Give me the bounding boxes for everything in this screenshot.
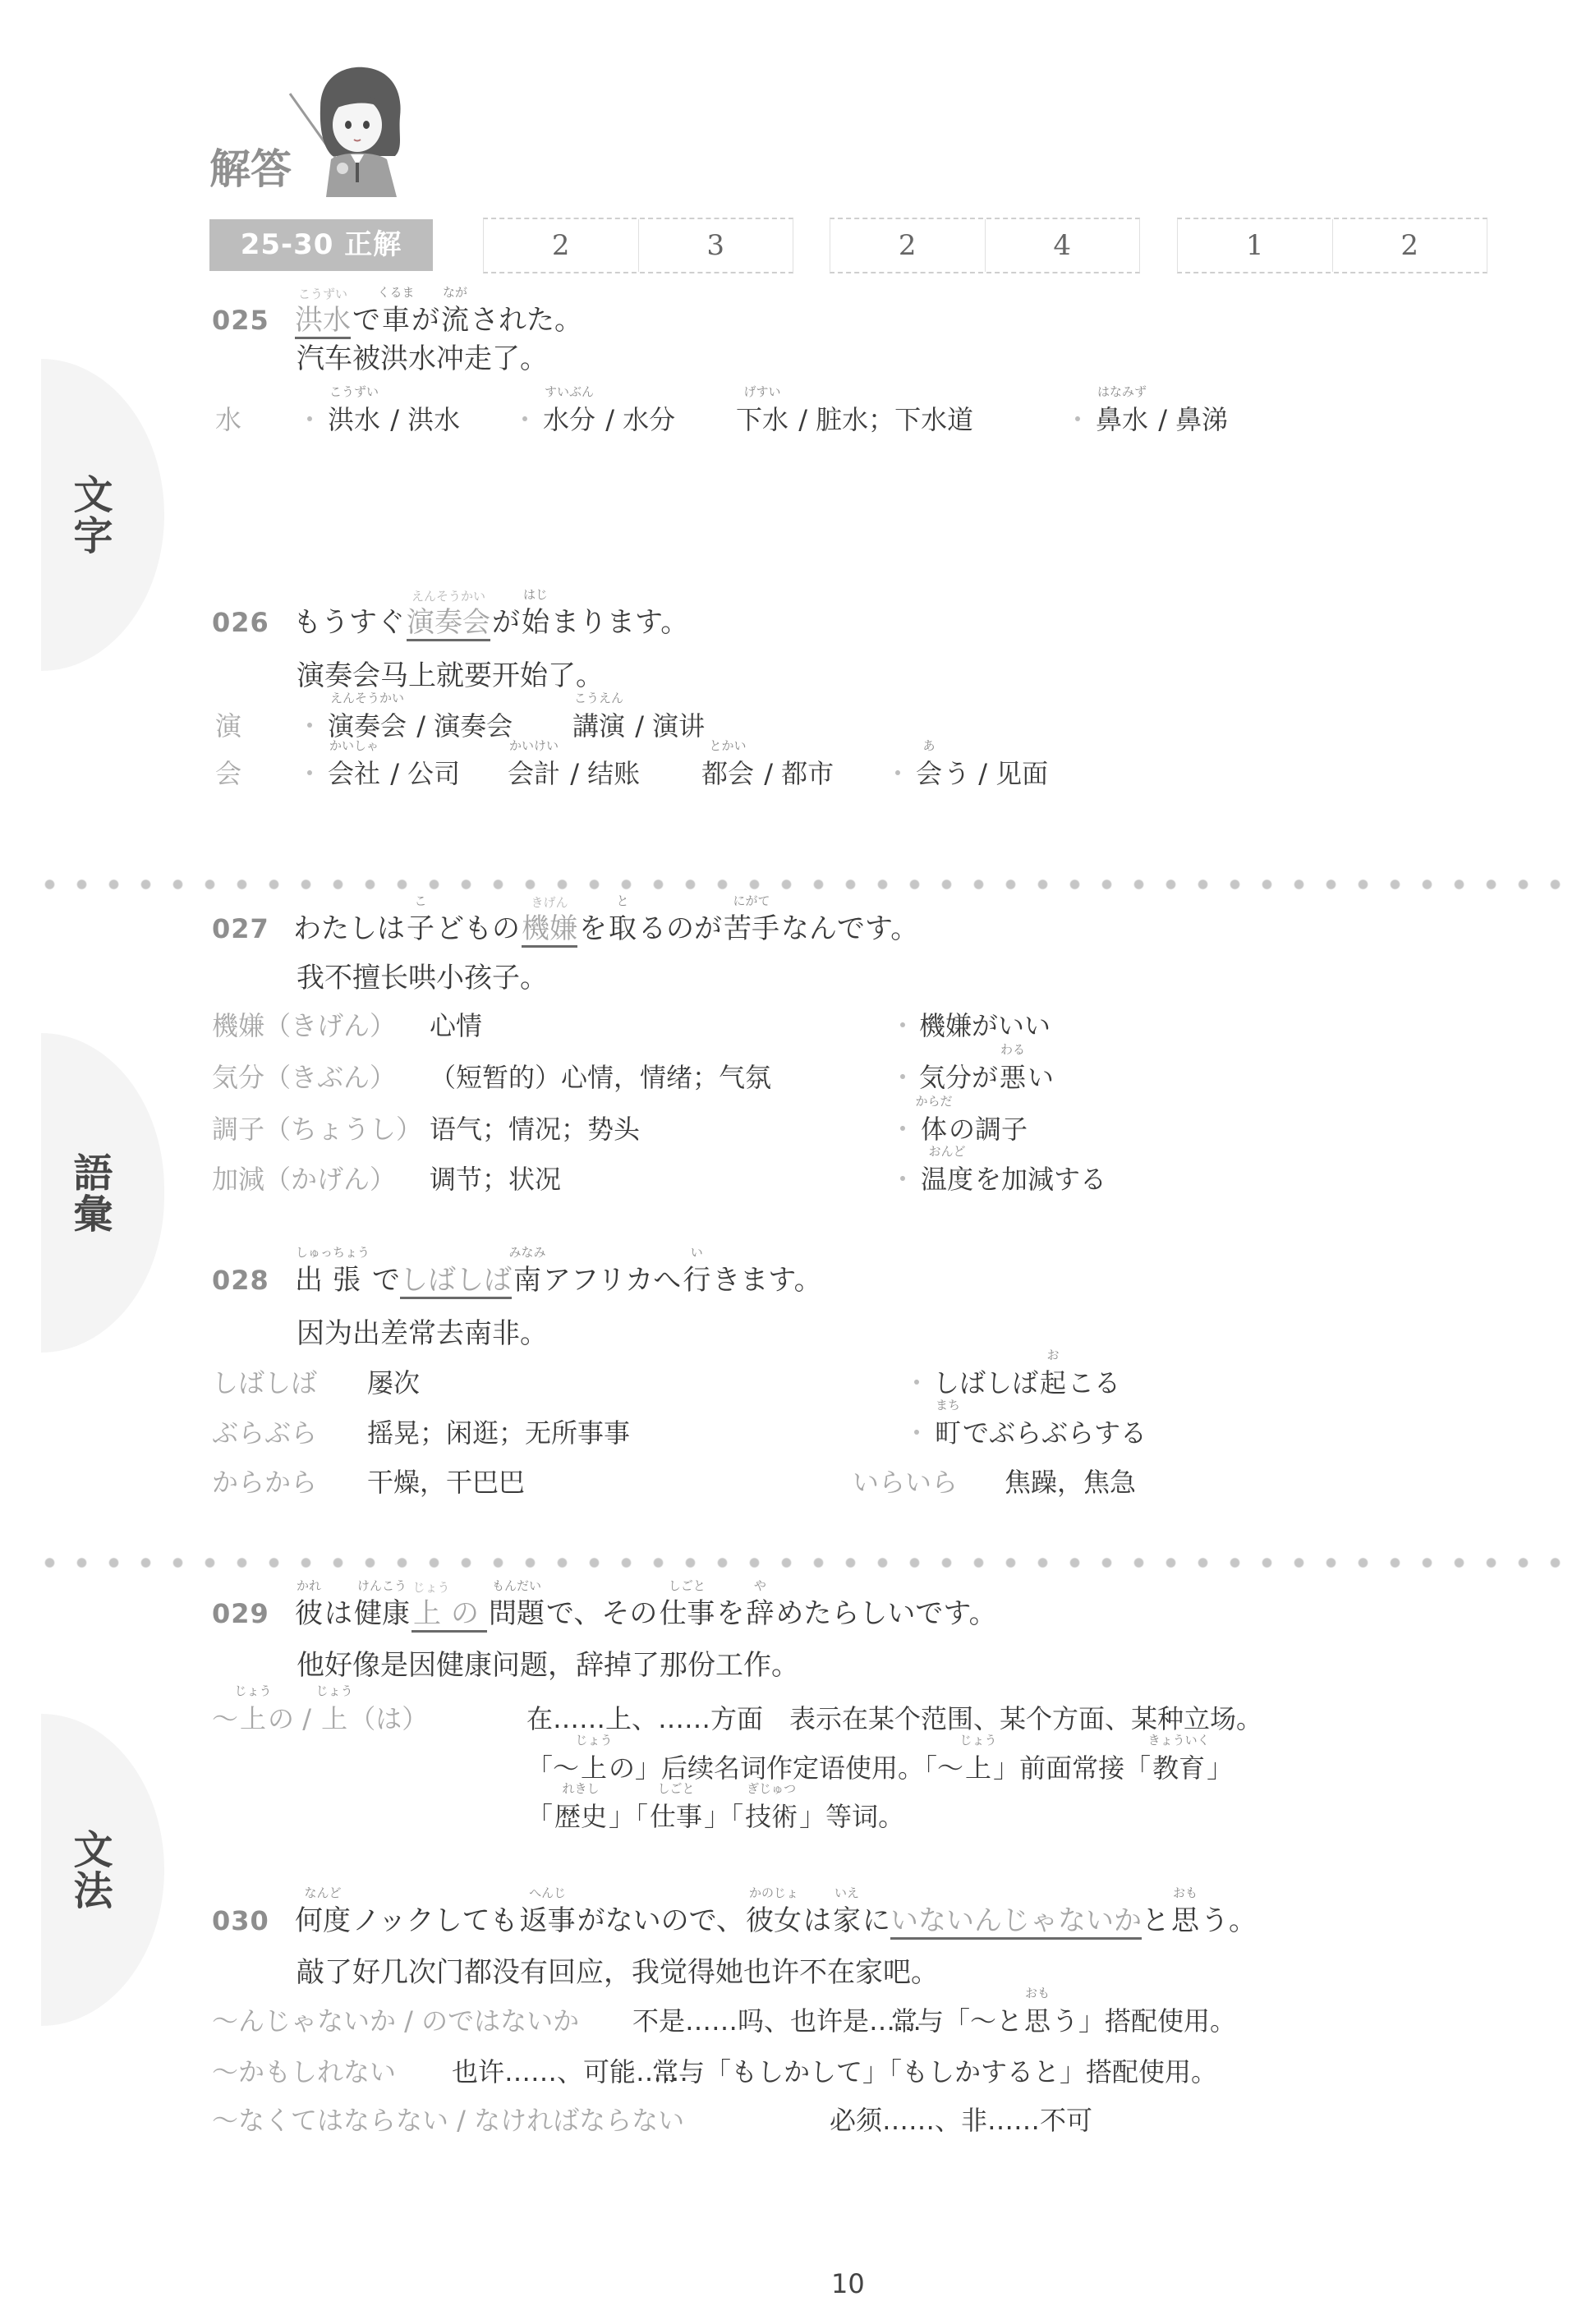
ruby-word: 体からだ [921, 1111, 947, 1147]
note-meaning: / 水分 [597, 404, 675, 435]
vocab-row: ぶらぶら 摇晃；闲逛；无所事事 ・町まちでぶらぶらする [0, 1415, 1577, 1451]
ruby-word: 上じょう [965, 1750, 991, 1786]
ruby-base: 取 [609, 912, 637, 945]
example-text: しばしば [933, 1367, 1038, 1399]
sentence-text: は [803, 1904, 831, 1937]
ruby-base: 講演 [572, 710, 625, 742]
vocab-example: ・気分が悪わるい [890, 1059, 1054, 1095]
vocab-meaning: 屡次 [367, 1365, 420, 1401]
furigana: みなみ [508, 1247, 545, 1259]
bullet-icon: ・ [903, 1367, 930, 1399]
furigana: とかい [709, 740, 746, 752]
note-item: 下水げすい / 脏水；下水道 [731, 402, 973, 438]
grammar-label: 〜上じょうの / 上じょう（は） [212, 1701, 428, 1737]
grammar-meaning: 必须……、非……不可 [830, 2102, 1092, 2138]
ruby-word: 会あ [916, 756, 942, 792]
ruby-base: 起 [1040, 1367, 1066, 1399]
grammar-text: 」「 [609, 1801, 648, 1832]
answer-group-3: 1 2 [1177, 218, 1487, 273]
dotted-divider [34, 1557, 1577, 1568]
vocab-meaning: 焦躁，焦急 [1005, 1464, 1136, 1500]
furigana: こうえん [574, 692, 623, 705]
ruby-word: 始はじ [522, 604, 549, 641]
ruby-word: 仕事しごと [659, 1596, 715, 1632]
ruby-base: 町 [935, 1417, 961, 1449]
hand [337, 163, 348, 174]
grammar-text: の」后续名词作定语使用。「〜 [609, 1752, 963, 1784]
ruby-word: 町まち [935, 1415, 961, 1451]
vocab-example: ・町まちでぶらぶらする [903, 1415, 1147, 1451]
example-text: を加減する [975, 1164, 1106, 1195]
note-meaning: / 公司 [382, 758, 460, 789]
sentence-text: が [492, 606, 520, 639]
target-word: しばしば [400, 1264, 512, 1299]
ruby-word: 教育きょういく [1152, 1750, 1205, 1786]
question-number: 027 [212, 911, 269, 947]
furigana: しごと [658, 1783, 695, 1795]
note-item: 講演こうえん / 演讲 [568, 708, 705, 744]
ruby-word: 会社かいしゃ [328, 756, 380, 792]
answer-group-1: 2 3 [483, 218, 793, 273]
ruby-word: 下水げすい [736, 402, 788, 438]
body [326, 154, 397, 198]
note-meaning: / 鼻涕 [1150, 404, 1228, 435]
sentence-text: う。 [1201, 1904, 1257, 1937]
ruby-word: 上じょう [240, 1701, 266, 1737]
ruby-base: 教育 [1152, 1752, 1205, 1784]
translation: 演奏会马上就要开始了。 [297, 658, 604, 694]
furigana: はなみず [1097, 386, 1147, 398]
furigana: からだ [916, 1095, 953, 1108]
furigana: まち [936, 1399, 960, 1412]
note-item: ・水分すいぶん / 水分 [512, 402, 675, 438]
target-word: 演奏会えんそうかい [407, 606, 490, 641]
sentence-text: と [1142, 1904, 1170, 1937]
furigana: しゅっちょう [296, 1247, 370, 1259]
answer-cell: 2 [484, 219, 638, 272]
ruby-base: 上 [321, 1703, 347, 1734]
furigana: おんど [929, 1146, 966, 1158]
ruby-base: 都会 [701, 758, 754, 789]
ruby-base: 辞 [746, 1597, 774, 1630]
target-word: いないんじゃないか [890, 1904, 1142, 1940]
ruby-base: 始 [522, 606, 549, 639]
furigana: と [616, 895, 628, 907]
ruby-word: 水分すいぶん [543, 402, 595, 438]
answer-cell: 4 [985, 219, 1140, 272]
grammar-label-text: の / [268, 1703, 320, 1734]
grammar-text: 「〜 [526, 1752, 579, 1784]
vocab-row: しばしば 屡次 ・しばしば起おこる [0, 1365, 1577, 1401]
ruby-word: 南みなみ [513, 1262, 541, 1298]
ruby-word: 彼女かのじょ [746, 1903, 802, 1939]
sentence-text: ノックしても [352, 1904, 518, 1937]
ruby-word: 鼻水はなみず [1096, 402, 1148, 438]
note-meaning: / 演奏会 [408, 710, 513, 742]
sentence-text: された。 [471, 304, 582, 337]
note-meaning: / 脏水；下水道 [790, 404, 973, 435]
example-text: 機嫌がいい [919, 1010, 1051, 1041]
furigana: こうずい [329, 386, 379, 398]
ruby-base: 苦手 [724, 912, 779, 945]
grammar-row: 〜んじゃないか / のではないか 不是……吗、也许是…… 常与「〜と思おもう」搭… [0, 2003, 1577, 2039]
dotted-divider [34, 879, 1577, 890]
vocab-meaning: 调节；状况 [430, 1161, 561, 1197]
vocab-row: からから 干燥，干巴巴 いらいら 焦躁，焦急 [0, 1464, 1577, 1500]
ruby-base: 仕事 [659, 1597, 715, 1630]
vocab-row: 気分（きぶん） （短暂的）心情，情绪；气氛 ・気分が悪わるい [0, 1059, 1577, 1095]
translation: 我不擅长哄小孩子。 [297, 960, 548, 996]
sentence-text: に [862, 1904, 890, 1937]
ruby-word: 思おも [1171, 1903, 1199, 1939]
furigana: なが [443, 287, 467, 299]
translation: 他好像是因健康问题，辞掉了那份工作。 [297, 1647, 799, 1683]
kanji-label: 会 [215, 756, 241, 792]
sentence-text: で [352, 304, 380, 337]
furigana: かいけい [509, 740, 559, 752]
ruby-word: 起お [1040, 1365, 1066, 1401]
furigana: きげん [531, 897, 568, 909]
vocab-term: いらいら [853, 1464, 958, 1500]
furigana: げすい [743, 386, 780, 398]
ruby-base: 返事 [520, 1904, 576, 1937]
vocab-example: ・機嫌がいい [890, 1008, 1051, 1044]
vocab-term: 加減（かげん） [212, 1161, 396, 1197]
ruby-base: 演奏会 [407, 606, 490, 639]
ruby-base: 水分 [543, 404, 595, 435]
bullet-icon: ・ [297, 404, 323, 435]
kanji-label: 演 [215, 708, 241, 744]
side-tab-label: 文法 [69, 1829, 110, 1911]
furigana: えんそうかい [411, 590, 485, 603]
ruby-word: 流なが [441, 302, 469, 338]
ruby-base: 流 [441, 304, 469, 337]
grammar-text: 」前面常接「 [993, 1752, 1151, 1784]
ruby-base: 会計 [508, 758, 560, 789]
furigana: じょう [235, 1685, 272, 1697]
ruby-word: 洪水こうずい [328, 402, 380, 438]
ruby-word: 家いえ [833, 1903, 861, 1939]
ruby-base: 会 [916, 758, 942, 789]
furigana: かのじょ [749, 1887, 798, 1899]
usage-text: う」搭配使用。 [1052, 2005, 1236, 2037]
ruby-word: 返事へんじ [520, 1903, 576, 1939]
note-item: ・会社かいしゃ / 公司 [297, 756, 460, 792]
answer-cell: 1 [1178, 219, 1332, 272]
ruby-base: 体 [921, 1114, 947, 1145]
sentence-text: を [716, 1597, 744, 1630]
furigana: じょう [960, 1734, 997, 1747]
ruby-word: 出張しゅっちょう [295, 1262, 370, 1298]
question-sentence: 彼かれは健康けんこう上じょうの問題もんだいで、その仕事しごとを辞やめたらしいです… [293, 1596, 997, 1632]
grammar-explanation-line: 在……上、……方面 表示在某个范围、某个方面、某种立场。 [526, 1701, 1262, 1737]
grammar-label-text: 〜 [212, 1703, 238, 1734]
ruby-base: 彼女 [746, 1904, 802, 1937]
ruby-word: 取と [609, 911, 637, 947]
ruby-base: 出張 [295, 1264, 370, 1297]
ruby-word: 技術ぎじゅつ [745, 1798, 798, 1835]
answer-cell: 2 [830, 219, 985, 272]
example-text: 気分が [919, 1062, 998, 1093]
furigana: じょう [412, 1582, 449, 1594]
ruby-word: 講演こうえん [572, 708, 625, 744]
grammar-text: 」 [1207, 1752, 1233, 1784]
kanji-note-row: 会 ・会社かいしゃ / 公司 会計かいけい / 结账 都会とかい / 都市 ・会… [0, 756, 1577, 792]
ruby-word: 上じょう [413, 1597, 449, 1630]
question-sentence: 洪水こうずいで車くるまが流ながされた。 [293, 302, 582, 338]
grammar-meaning: 不是……吗、也许是…… [632, 2003, 922, 2039]
vocab-meaning: 干燥，干巴巴 [367, 1464, 525, 1500]
grammar-term: 〜んじゃないか / のではないか [212, 2003, 579, 2039]
question-sentence: もうすぐ演奏会えんそうかいが始はじまります。 [293, 604, 688, 641]
example-text: でぶらぶらする [963, 1417, 1147, 1449]
sentence-text: めたらしいです。 [775, 1597, 996, 1630]
question-sentence: わたしは子こどもの機嫌きげんを取とるのが苦手にがてなんです。 [293, 911, 918, 947]
ruby-base: 歴史 [554, 1801, 607, 1832]
furigana: かれ [297, 1580, 321, 1592]
question-number: 028 [212, 1262, 269, 1298]
sentence-text: もうすぐ [293, 606, 405, 639]
furigana: い [691, 1247, 703, 1259]
ruby-base: 車 [382, 304, 410, 337]
ruby-word: 辞や [746, 1596, 774, 1632]
note-item: 会計かいけい / 结账 [503, 756, 640, 792]
furigana: はじ [523, 589, 548, 601]
ruby-base: 技術 [745, 1801, 798, 1832]
sentence-text: きます。 [712, 1264, 821, 1297]
translation: 敲了好几次门都没有回应，我觉得她也许不在家吧。 [297, 1954, 939, 1991]
furigana: えんそうかい [330, 692, 404, 705]
furigana: もんだい [492, 1580, 541, 1592]
vocab-row: 調子（ちょうし） 语气；情况；势头 ・体からだの調子 [0, 1111, 1577, 1147]
question-number: 029 [212, 1596, 269, 1632]
note-meaning: / 结账 [562, 758, 640, 789]
note-item: ・会あう / 见面 [885, 756, 1048, 792]
furigana: あ [923, 740, 936, 752]
furigana: こ [414, 895, 426, 907]
furigana: へんじ [529, 1887, 566, 1899]
ruby-word: 苦手にがて [724, 911, 779, 947]
note-meaning: / 都市 [756, 758, 834, 789]
grammar-usage: 常与「〜と思おもう」搭配使用。 [891, 2003, 1236, 2039]
note-meaning: / 演讲 [627, 710, 705, 742]
ruby-word: 車くるま [382, 302, 410, 338]
furigana: にがて [733, 895, 770, 907]
furigana: じょう [576, 1734, 613, 1747]
grammar-text: 在……上、……方面 表示在某个范围、某个方面、某种立场。 [526, 1703, 1262, 1734]
ruby-base: 南 [513, 1264, 541, 1297]
furigana: かいしゃ [329, 740, 379, 752]
ruby-word: 会計かいけい [508, 756, 560, 792]
vocab-term: 機嫌（きげん） [212, 1008, 396, 1044]
sentence-text: アフリカへ [543, 1264, 681, 1297]
ruby-base: 思 [1171, 1904, 1199, 1937]
furigana: ぎじゅつ [747, 1783, 796, 1795]
furigana: いえ [834, 1887, 859, 1899]
ruby-word: 温度おんど [921, 1161, 973, 1197]
ruby-word: 子こ [407, 911, 434, 947]
ruby-base: 悪 [1000, 1062, 1026, 1093]
bullet-icon: ・ [890, 1010, 916, 1041]
ruby-base: 子 [407, 912, 434, 945]
sentence-text: の [451, 1597, 487, 1630]
translation: 因为出差常去南非。 [297, 1316, 548, 1352]
vocab-term: からから [212, 1464, 317, 1500]
bullet-icon: ・ [885, 758, 911, 789]
grammar-text: 」「 [704, 1801, 743, 1832]
ruby-base: 行 [683, 1264, 710, 1297]
page-title: 解答 [209, 136, 292, 195]
sentence-text: で、その [546, 1597, 657, 1630]
side-tab-bunpo: 文法 [41, 1714, 164, 2026]
ruby-base: 彼 [295, 1597, 323, 1630]
furigana: けんこう [357, 1580, 407, 1592]
bullet-icon: ・ [890, 1164, 916, 1195]
sentence-text: どもの [436, 912, 520, 945]
furigana: れきし [563, 1783, 600, 1795]
grammar-explanation-line: 「歴史れきし」「仕事しごと」「技術ぎじゅつ」等词。 [526, 1798, 904, 1835]
sentence-text: が [411, 304, 439, 337]
kanji-note-row: 演 ・演奏会えんそうかい / 演奏会 講演こうえん / 演讲 [0, 708, 1577, 744]
bullet-icon: ・ [890, 1062, 916, 1093]
ruby-word: 問題もんだい [489, 1596, 545, 1632]
note-item: ・洪水こうずい / 洪水 [297, 402, 460, 438]
furigana: きょういく [1148, 1734, 1210, 1747]
ruby-word: 彼かれ [295, 1596, 323, 1632]
question-number: 026 [212, 604, 269, 641]
question-number: 025 [212, 302, 269, 338]
target-word: 上じょうの [411, 1597, 487, 1633]
furigana: や [754, 1580, 766, 1592]
note-meaning: / 洪水 [382, 404, 460, 435]
note-item: 都会とかい / 都市 [697, 756, 834, 792]
side-tab-label: 文字 [69, 474, 110, 556]
furigana: おも [1025, 1987, 1050, 2000]
vocab-example: ・温度おんどを加減する [890, 1161, 1106, 1197]
grammar-explanation-line: 「〜上じょうの」后续名词作定语使用。「〜上じょう」前面常接「教育きょういく」 [526, 1750, 1233, 1786]
sentence-text: まります。 [551, 606, 688, 639]
bullet-icon: ・ [297, 758, 323, 789]
grammar-term: 〜かもしれない [212, 2054, 396, 2090]
ruby-base: 上 [413, 1597, 449, 1630]
ruby-base: 下水 [736, 404, 788, 435]
ruby-base: 仕事 [650, 1801, 702, 1832]
answer-cell: 2 [1332, 219, 1487, 272]
kanji-note-row: 水 ・洪水こうずい / 洪水 ・水分すいぶん / 水分 下水げすい / 脏水；下… [0, 402, 1577, 438]
vocab-meaning: 摇晃；闲逛；无所事事 [367, 1415, 630, 1451]
vocab-example: ・体からだの調子 [890, 1111, 1028, 1147]
ruby-base: 洪水 [328, 404, 380, 435]
vocab-term: ぶらぶら [212, 1415, 317, 1451]
bullet-icon: ・ [297, 710, 323, 742]
ruby-base: 上 [581, 1752, 607, 1784]
grammar-row: 〜かもしれない 也许……、可能…… 常与「もしかして」「もしかすると」搭配使用。 [0, 2054, 1577, 2090]
grammar-row: 〜なくてはならない / なければならない 必须……、非……不可 [0, 2102, 1577, 2138]
vocab-term: 調子（ちょうし） [212, 1111, 422, 1147]
answer-cell: 3 [638, 219, 793, 272]
answer-group-2: 2 4 [830, 218, 1140, 273]
ruby-base: 思 [1024, 2005, 1051, 2037]
ruby-base: 健康 [354, 1597, 410, 1630]
note-item: ・鼻水はなみず / 鼻涕 [1064, 402, 1228, 438]
ruby-base: 会社 [328, 758, 380, 789]
example-text: の調子 [949, 1114, 1028, 1145]
vocab-meaning: （短暂的）心情，情绪；气氛 [430, 1059, 771, 1095]
ruby-base: 何度 [295, 1904, 351, 1937]
note-meaning: う / 见面 [944, 758, 1048, 789]
vocab-row: 機嫌（きげん） 心情 ・機嫌がいい [0, 1008, 1577, 1044]
ruby-base: 家 [833, 1904, 861, 1937]
ruby-base: 鼻水 [1096, 404, 1148, 435]
sentence-text: は [324, 1597, 352, 1630]
sentence-text: で [372, 1264, 400, 1297]
vocab-meaning: 语气；情况；势头 [430, 1111, 640, 1147]
ruby-word: 上じょう [321, 1701, 347, 1737]
furigana: すいぶん [545, 386, 594, 398]
ruby-base: 問題 [489, 1597, 545, 1630]
grammar-text: 「 [526, 1801, 553, 1832]
ruby-base: 機嫌 [522, 912, 577, 945]
furigana: お [1047, 1349, 1060, 1362]
furigana: こうずい [298, 288, 347, 301]
kanji-label: 水 [215, 402, 241, 438]
ruby-word: 健康けんこう [354, 1596, 410, 1632]
ruby-base: 洪水 [295, 304, 351, 337]
vocab-example: ・しばしば起おこる [903, 1365, 1120, 1401]
vocab-term: 気分（きぶん） [212, 1059, 396, 1095]
translation: 汽车被洪水冲走了。 [297, 341, 548, 377]
example-text: い [1028, 1062, 1054, 1093]
vocab-row: 加減（かげん） 调节；状况 ・温度おんどを加減する [0, 1161, 1577, 1197]
furigana: なんど [304, 1887, 341, 1899]
furigana: しごと [669, 1580, 706, 1592]
sentence-text: わたしは [293, 912, 405, 945]
usage-text: 常与「〜と [891, 2005, 1023, 2037]
ruby-word: 何度なんど [295, 1903, 351, 1939]
furigana: わる [1000, 1044, 1025, 1056]
vocab-meaning: 心情 [430, 1008, 482, 1044]
sentence-text: なんです。 [781, 912, 918, 945]
sentence-text: を [579, 912, 607, 945]
grammar-usage: 常与「もしかして」「もしかすると」搭配使用。 [652, 2054, 1217, 2090]
ruby-base: 上 [240, 1703, 266, 1734]
answer-range-label: 25-30 正解 [209, 219, 433, 271]
grammar-text: 」等词。 [799, 1801, 904, 1832]
grammar-term: 〜なくてはならない / なければならない [212, 2102, 684, 2138]
ruby-word: 都会とかい [701, 756, 754, 792]
furigana: おも [1173, 1887, 1198, 1899]
ruby-word: 仕事しごと [650, 1798, 702, 1835]
ruby-base: 温度 [921, 1164, 973, 1195]
sentence-text: がないので、 [577, 1904, 744, 1937]
bullet-icon: ・ [890, 1114, 916, 1145]
target-word: 洪水こうずい [295, 304, 351, 339]
page-number: 10 [831, 2268, 865, 2299]
ruby-base: 演奏会 [328, 710, 407, 742]
question-sentence: 何度なんどノックしても返事へんじがないので、彼女かのじょは家いえにいないんじゃな… [293, 1903, 1257, 1939]
ruby-base: 上 [965, 1752, 991, 1784]
grammar-label-text: （は） [349, 1703, 428, 1734]
ruby-word: 行い [683, 1262, 710, 1298]
ruby-word: 思おも [1024, 2003, 1051, 2039]
question-number: 030 [212, 1903, 269, 1939]
furigana: じょう [316, 1685, 353, 1697]
ruby-word: 悪わる [1000, 1059, 1026, 1095]
bullet-icon: ・ [1064, 404, 1091, 435]
example-text: こる [1068, 1367, 1120, 1399]
target-word: 機嫌きげん [522, 912, 577, 948]
sentence-text: るのが [638, 912, 722, 945]
